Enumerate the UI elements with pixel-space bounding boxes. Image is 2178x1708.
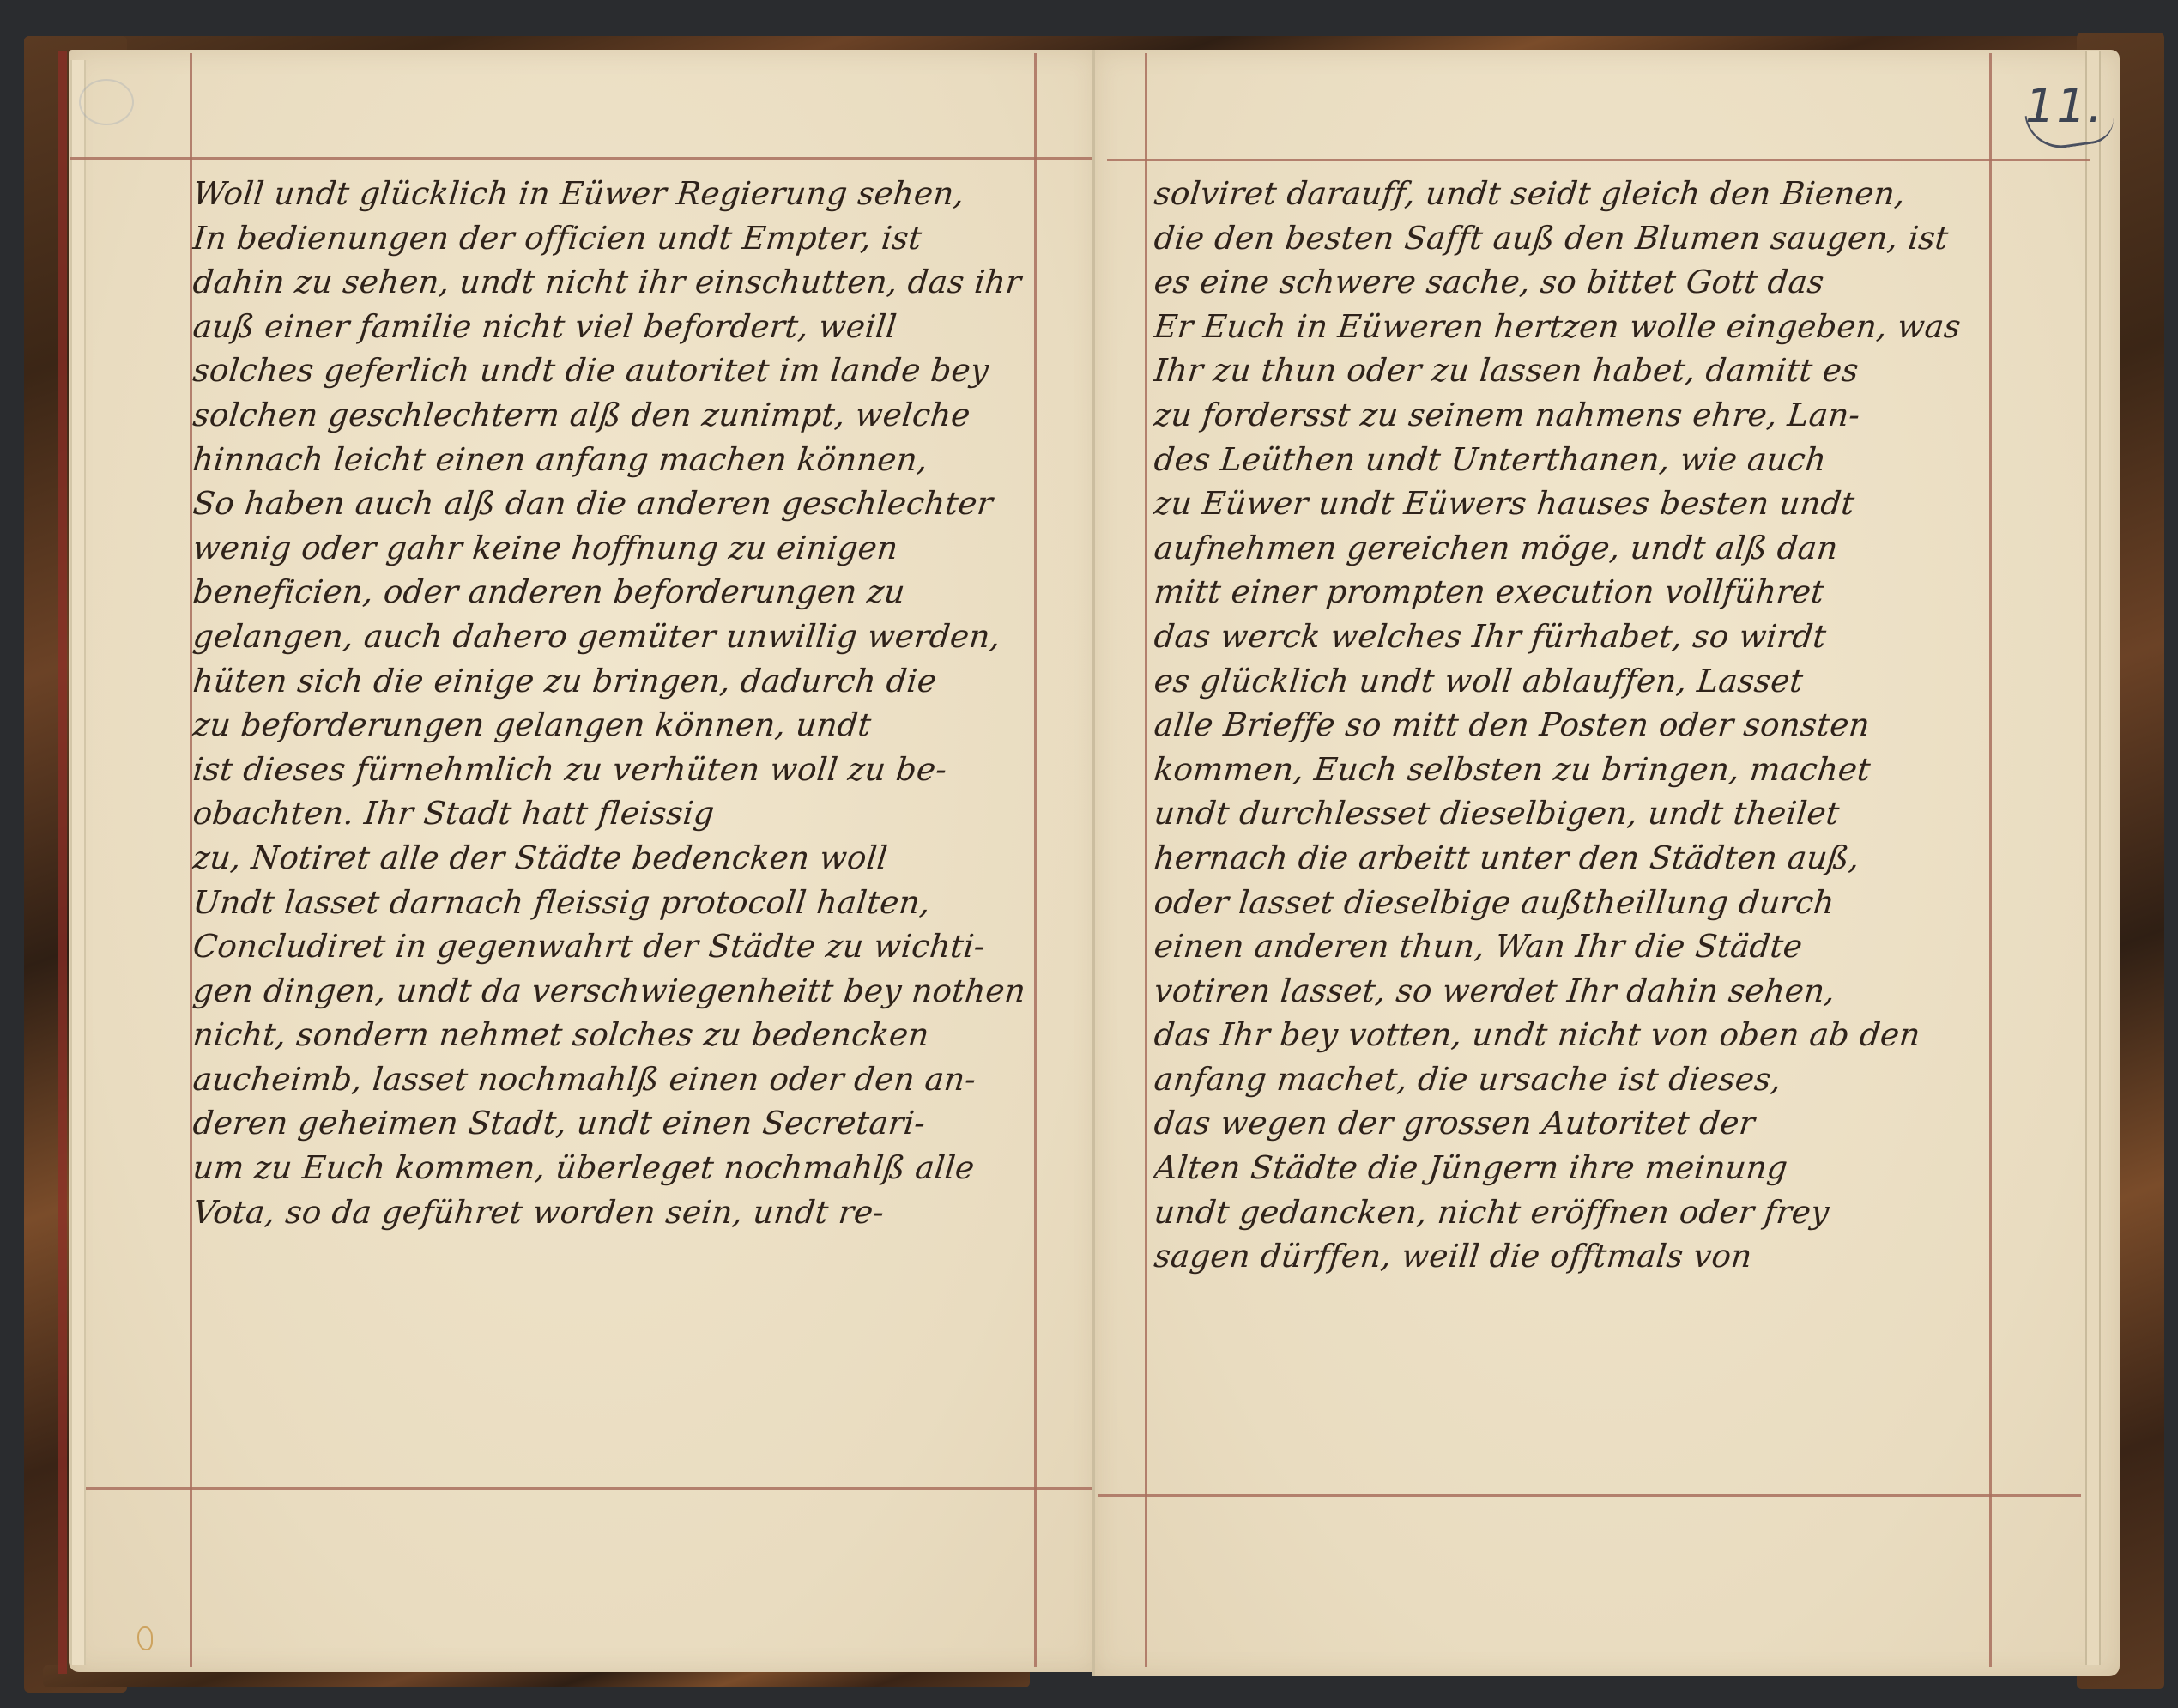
manuscript-line: das Ihr bey votten, undt nicht von oben … [1152, 1013, 1997, 1057]
manuscript-line: um zu Euch kommen, überleget nochmahlß a… [191, 1146, 1044, 1190]
manuscript-line: kommen, Euch selbsten zu bringen, machet [1152, 748, 1997, 792]
manuscript-line: nicht, sondern nehmet solches zu bedenck… [191, 1013, 1044, 1057]
manuscript-line: solches geferlich undt die autoritet im … [191, 348, 1044, 393]
manuscript-line: Undt lasset darnach fleissig protocoll h… [191, 881, 1044, 925]
manuscript-line: das wegen der grossen Autoritet der [1152, 1101, 1997, 1146]
right-page-stack [2085, 51, 2101, 1665]
manuscript-line: solchen geschlechtern alß den zunimpt, w… [191, 393, 1044, 438]
left-page-text: Woll undt glücklich in Eüwer Regierung s… [193, 172, 1043, 1234]
manuscript-line: Er Euch in Eüweren hertzen wolle eingebe… [1152, 305, 1997, 349]
manuscript-line: hernach die arbeitt unter den Städten au… [1152, 836, 1997, 881]
manuscript-line: Ihr zu thun oder zu lassen habet, damitt… [1152, 348, 1997, 393]
manuscript-line: So haben auch alß dan die anderen geschl… [191, 482, 1044, 526]
manuscript-line: Alten Städte die Jüngern ihre meinung [1152, 1146, 1997, 1190]
manuscript-line: votiren lasset, so werdet Ihr dahin sehe… [1152, 969, 1997, 1014]
manuscript-line: aufnehmen gereichen möge, undt alß dan [1152, 526, 1997, 571]
manuscript-line: zu Eüwer undt Eüwers hauses besten undt [1152, 482, 1997, 526]
right-margin-rule-inner [1145, 53, 1147, 1667]
book-gutter [1092, 50, 1095, 1676]
manuscript-line: zu, Notiret alle der Städte bedencken wo… [191, 836, 1044, 881]
manuscript-line: mitt einer prompten execution vollführet [1152, 570, 1997, 615]
left-bottom-rule [86, 1487, 1092, 1490]
right-bottom-rule [1098, 1494, 2081, 1497]
manuscript-line: auß einer familie nicht viel befordert, … [191, 305, 1044, 349]
manuscript-line: das werck welches Ihr fürhabet, so wirdt [1152, 615, 1997, 659]
manuscript-line: obachten. Ihr Stadt hatt fleissig [191, 791, 1044, 836]
manuscript-line: ist dieses fürnehmlich zu verhüten woll … [191, 748, 1044, 792]
manuscript-line: es glücklich undt woll ablauffen, Lasset [1152, 659, 1997, 704]
manuscript-line: undt gedancken, nicht eröffnen oder frey [1152, 1190, 1997, 1235]
manuscript-line: sagen dürffen, weill die offtmals von [1152, 1234, 1997, 1279]
manuscript-line: wenig oder gahr keine hoffnung zu einige… [191, 526, 1044, 571]
manuscript-line: Vota, so da geführet worden sein, undt r… [191, 1190, 1044, 1235]
manuscript-line: es eine schwere sache, so bittet Gott da… [1152, 260, 1997, 305]
manuscript-line: oder lasset dieselbige außtheillung durc… [1152, 881, 1997, 925]
manuscript-line: alle Brieffe so mitt den Posten oder son… [1152, 703, 1997, 748]
manuscript-line: In bedienungen der officien undt Empter,… [191, 216, 1044, 261]
manuscript-line: zu beforderungen gelangen können, undt [191, 703, 1044, 748]
manuscript-line: beneficien, oder anderen beforderungen z… [191, 570, 1044, 615]
manuscript-line: gen dingen, undt da verschwiegenheitt be… [191, 969, 1044, 1014]
red-page-edge [58, 51, 67, 1674]
manuscript-line: dahin zu sehen, undt nicht ihr einschutt… [191, 260, 1044, 305]
left-page-stack [70, 60, 86, 1665]
manuscript-line: solviret darauff, undt seidt gleich den … [1152, 172, 1997, 216]
manuscript-line: hinnach leicht einen anfang machen könne… [191, 438, 1044, 482]
manuscript-line: aucheimb, lasset nochmahlß einen oder de… [191, 1057, 1044, 1102]
manuscript-line: Concludiret in gegenwahrt der Städte zu … [191, 924, 1044, 969]
manuscript-line: undt durchlesset dieselbigen, undt theil… [1152, 791, 1997, 836]
right-top-rule [1107, 159, 2090, 161]
manuscript-line: die den besten Safft auß den Blumen saug… [1152, 216, 1997, 261]
manuscript-line: Woll undt glücklich in Eüwer Regierung s… [191, 172, 1044, 216]
manuscript-line: des Leüthen undt Unterthanen, wie auch [1152, 438, 1997, 482]
manuscript-line: zu fordersst zu seinem nahmens ehre, Lan… [1152, 393, 1997, 438]
manuscript-line: einen anderen thun, Wan Ihr die Städte [1152, 924, 1997, 969]
manuscript-line: gelangen, auch dahero gemüter unwillig w… [191, 615, 1044, 659]
left-top-rule [70, 157, 1092, 160]
pencil-mark [79, 79, 134, 125]
stain-mark [137, 1626, 153, 1650]
manuscript-line: anfang machet, die ursache ist dieses, [1152, 1057, 1997, 1102]
manuscript-line: deren geheimen Stadt, undt einen Secreta… [191, 1101, 1044, 1146]
manuscript-line: hüten sich die einige zu bringen, dadurc… [191, 659, 1044, 704]
right-page-text: solviret darauff, undt seidt gleich den … [1154, 172, 1995, 1279]
